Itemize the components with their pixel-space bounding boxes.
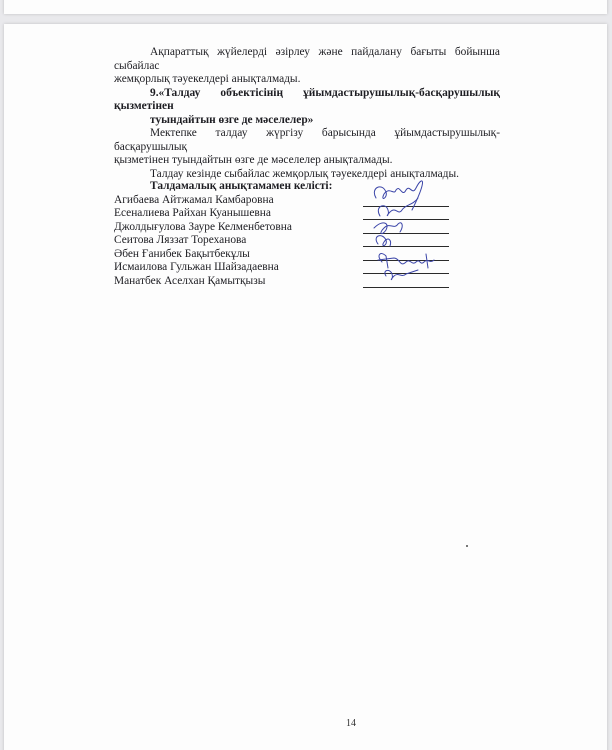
section-heading: 9.«Талдау объектісінің ұйымдастырушылық-…: [114, 87, 500, 128]
signer-name: Сеитова Ляззат Тореханова: [114, 234, 246, 248]
page-content: Ақпараттық жүйелерді әзірлеу және пайдал…: [114, 46, 500, 181]
signer-name: Исмаилова Гульжан Шайзадаевна: [114, 261, 279, 275]
paragraph-line: Ақпараттық жүйелерді әзірлеу және пайдал…: [114, 46, 500, 73]
signer-name: Джолдығулова Зауре Келменбетовна: [114, 221, 292, 235]
heading-line: туындайтын өзге де мәселелер»: [114, 114, 500, 128]
signer-name: Есеналиева Райхан Куанышевна: [114, 207, 271, 221]
scan-speck: [466, 545, 468, 547]
signer-name: Әбен Ғанибек Бақытбекұлы: [114, 248, 250, 262]
signer-name: Манатбек Аселхан Қамытқызы: [114, 275, 265, 289]
paragraph-line: жемқорлық тәуекелдері анықталмады.: [114, 73, 500, 87]
previous-page: [4, 0, 607, 14]
signer-name: Агибаева Айтжамал Камбаровна: [114, 194, 274, 208]
heading-line: 9.«Талдау объектісінің ұйымдастырушылық-…: [114, 87, 500, 114]
handwritten-signatures: [360, 176, 460, 291]
paragraph-line: Мектепке талдау жүргізу барысында ұйымда…: [114, 127, 500, 154]
page-number: 14: [346, 718, 356, 729]
paragraph-line: қызметінен туындайтын өзге де мәселелер …: [114, 154, 500, 168]
